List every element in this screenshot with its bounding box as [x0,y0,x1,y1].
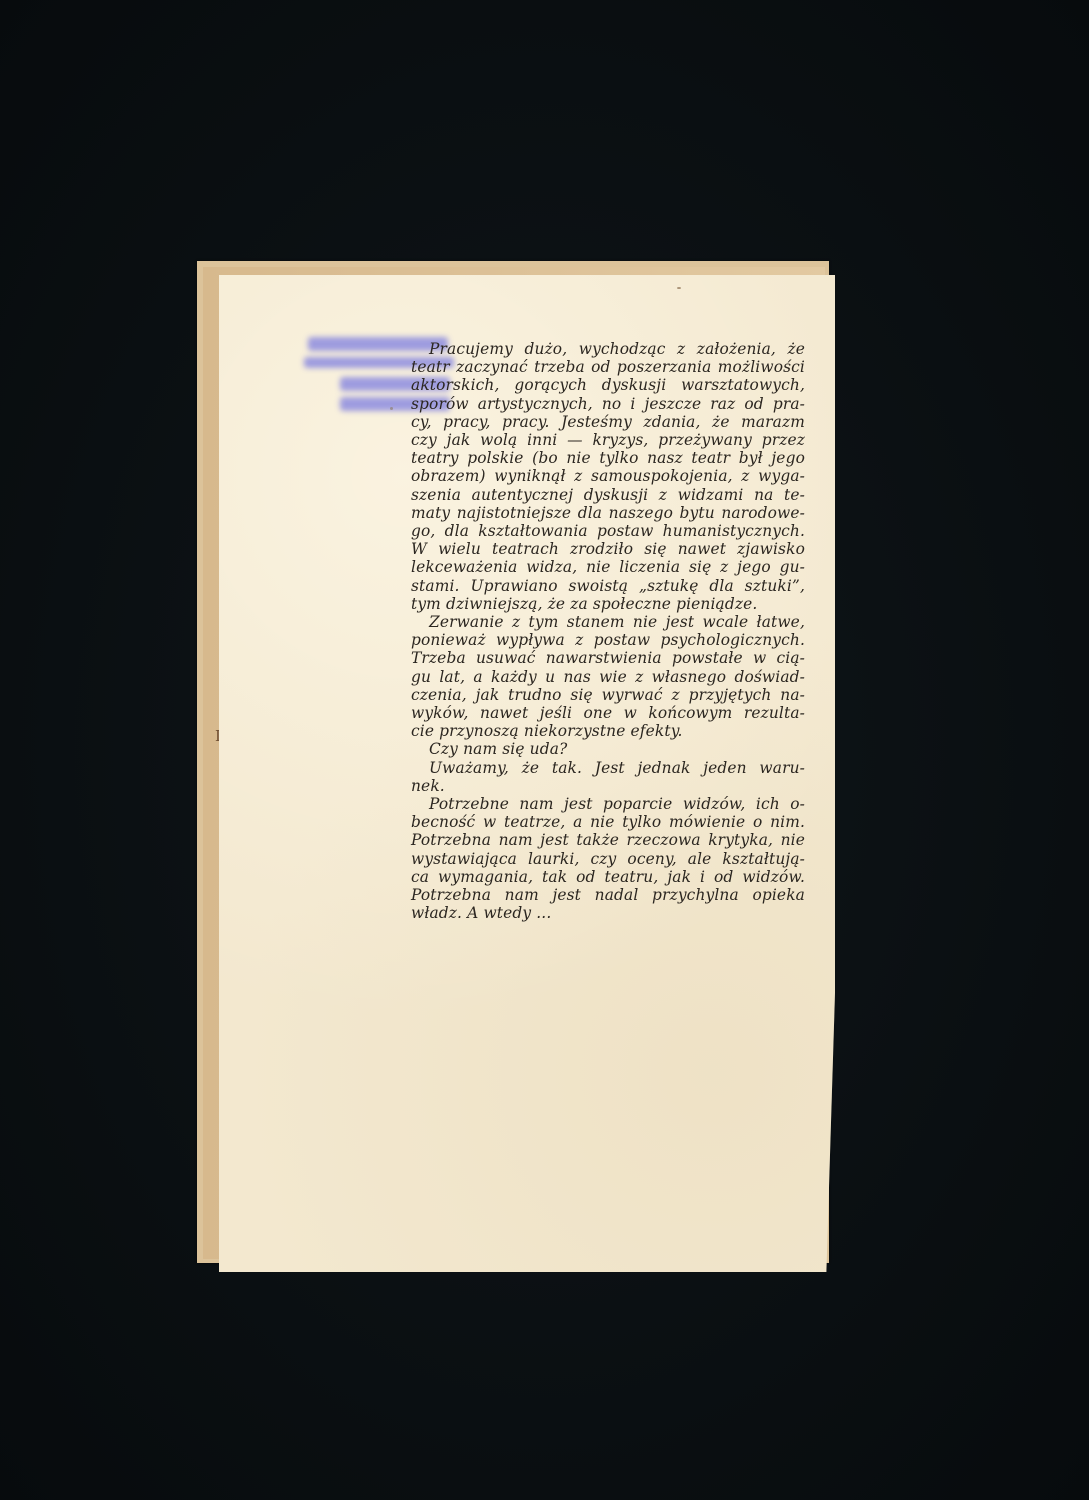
paragraph-4: Uważamy, że tak. Jest jednak jeden waru-… [393,759,805,795]
text-line: sporów artystycznych, no i jeszcze raz o… [393,395,805,413]
text-line: obrazem) wyniknął z samouspokojenia, z w… [393,467,805,485]
text-line: Potrzebna nam jest nadal przychylna opie… [393,886,805,904]
text-line: szenia autentycznej dyskusji z widzami n… [393,486,805,504]
paragraph-3: Czy nam się uda? [393,740,805,758]
text-line: czenia, jak trudno się wyrwać z przyjęty… [393,686,805,704]
text-line: Pracujemy dużo, wychodząc z założenia, ż… [393,340,805,358]
text-line: go, dla kształtowania postaw humanistycz… [393,522,805,540]
paragraph-2: Zerwanie z tym stanem nie jest wcale łat… [393,613,805,740]
text-line: aktorskich, gorących dyskusji warsztatow… [393,376,805,394]
text-line: W wielu teatrach zrodziło się nawet zjaw… [393,540,805,558]
text-line: Trzeba usuwać nawarstwienia powstałe w c… [393,649,805,667]
text-line: becność w teatrze, a nie tylko mówienie … [393,813,805,831]
text-line: ponieważ wypływa z postaw psychologiczny… [393,631,805,649]
text-line: cie przynoszą niekorzystne efekty. [393,722,805,740]
text-line: stami. Uprawiano swoistą „sztukę dla szt… [393,577,805,595]
text-line: teatr zaczynać trzeba od poszerzania moż… [393,358,805,376]
text-line: Czy nam się uda? [393,740,805,758]
text-line: ca wymagania, tak od teatru, jak i od wi… [393,868,805,886]
text-line: lekceważenia widza, nie liczenia się z j… [393,558,805,576]
text-line: Potrzebne nam jest poparcie widzów, ich … [393,795,805,813]
ink-speck [677,287,681,289]
body-text: Pracujemy dużo, wychodząc z założenia, ż… [393,340,805,923]
text-line: nek. [393,777,805,795]
text-line: cy, pracy, pracy. Jesteśmy zdania, że ma… [393,413,805,431]
paragraph-1: Pracujemy dużo, wychodząc z założenia, ż… [393,340,805,613]
text-line: teatry polskie (bo nie tylko nasz teatr … [393,449,805,467]
text-line: władz. A wtedy ... [393,904,805,922]
text-line: wyków, nawet jeśli one w końcowym rezult… [393,704,805,722]
text-line: Zerwanie z tym stanem nie jest wcale łat… [393,613,805,631]
text-line: Potrzebna nam jest także rzeczowa krytyk… [393,831,805,849]
text-line: gu lat, a każdy u nas wie z własnego doś… [393,668,805,686]
scanned-document: I Pracujemy dużo, wychodząc z założenia,… [0,0,1089,1500]
paragraph-5: Potrzebne nam jest poparcie widzów, ich … [393,795,805,922]
text-line: czy jak wolą inni — kryzys, przeżywany p… [393,431,805,449]
text-line: maty najistotniejsze dla naszego bytu na… [393,504,805,522]
text-line: Uważamy, że tak. Jest jednak jeden waru- [393,759,805,777]
text-line: tym dziwniejszą, że za społeczne pieniąd… [393,595,805,613]
text-line: wystawiająca laurki, czy oceny, ale kszt… [393,850,805,868]
